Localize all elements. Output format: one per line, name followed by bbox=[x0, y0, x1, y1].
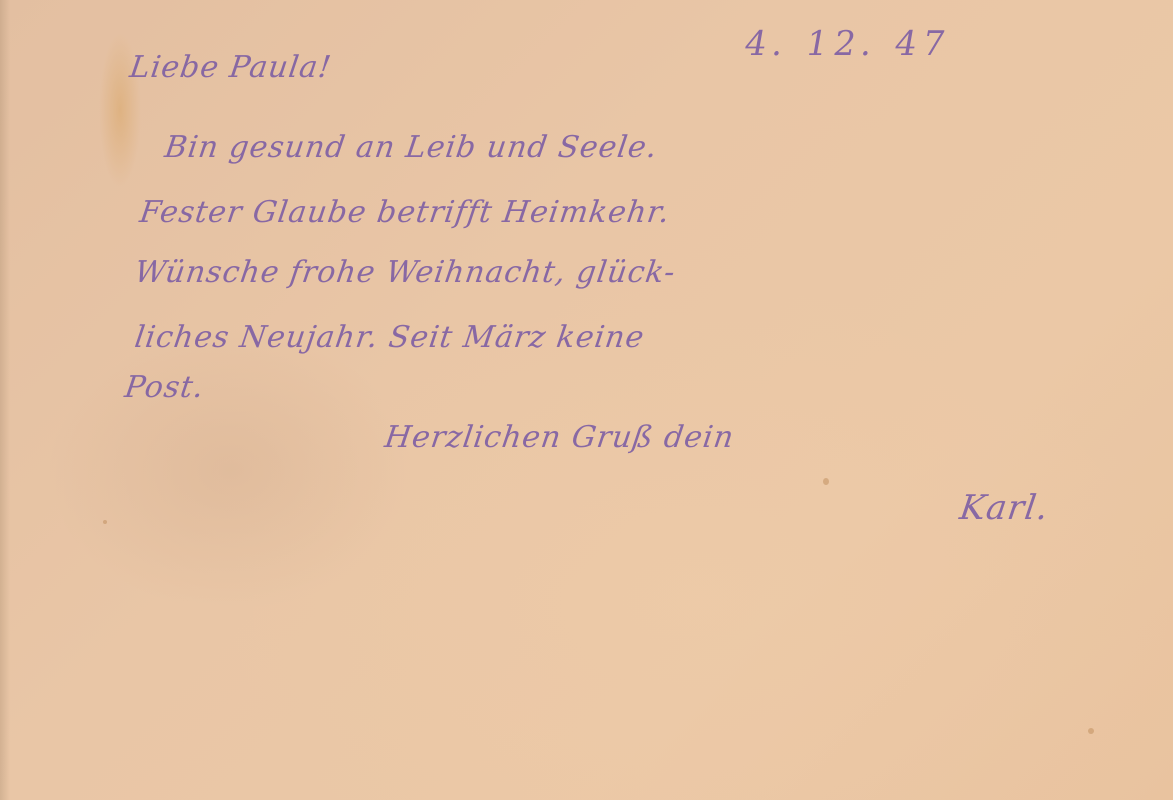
letter-greeting: Liebe Paula! bbox=[128, 50, 334, 85]
letter-line: Post. bbox=[123, 370, 207, 405]
paper-speck bbox=[103, 520, 107, 524]
letter-line: Wünsche frohe Weihnacht, glück- bbox=[133, 255, 678, 290]
letter-line: Bin gesund an Leib und Seele. bbox=[163, 130, 660, 165]
letter-line: Fester Glaube betrifft Heimkehr. bbox=[138, 195, 673, 230]
card-edge-shadow bbox=[0, 0, 10, 800]
paper-speck bbox=[1088, 728, 1094, 734]
letter-date: 4. 12. 47 bbox=[741, 24, 953, 64]
letter-line: liches Neujahr. Seit März keine bbox=[133, 320, 647, 355]
letter-signature: Karl. bbox=[957, 488, 1051, 528]
letter-closing: Herzlichen Gruß dein bbox=[383, 420, 737, 455]
postcard: 4. 12. 47 Liebe Paula! Bin gesund an Lei… bbox=[0, 0, 1173, 800]
paper-speck bbox=[823, 478, 829, 485]
